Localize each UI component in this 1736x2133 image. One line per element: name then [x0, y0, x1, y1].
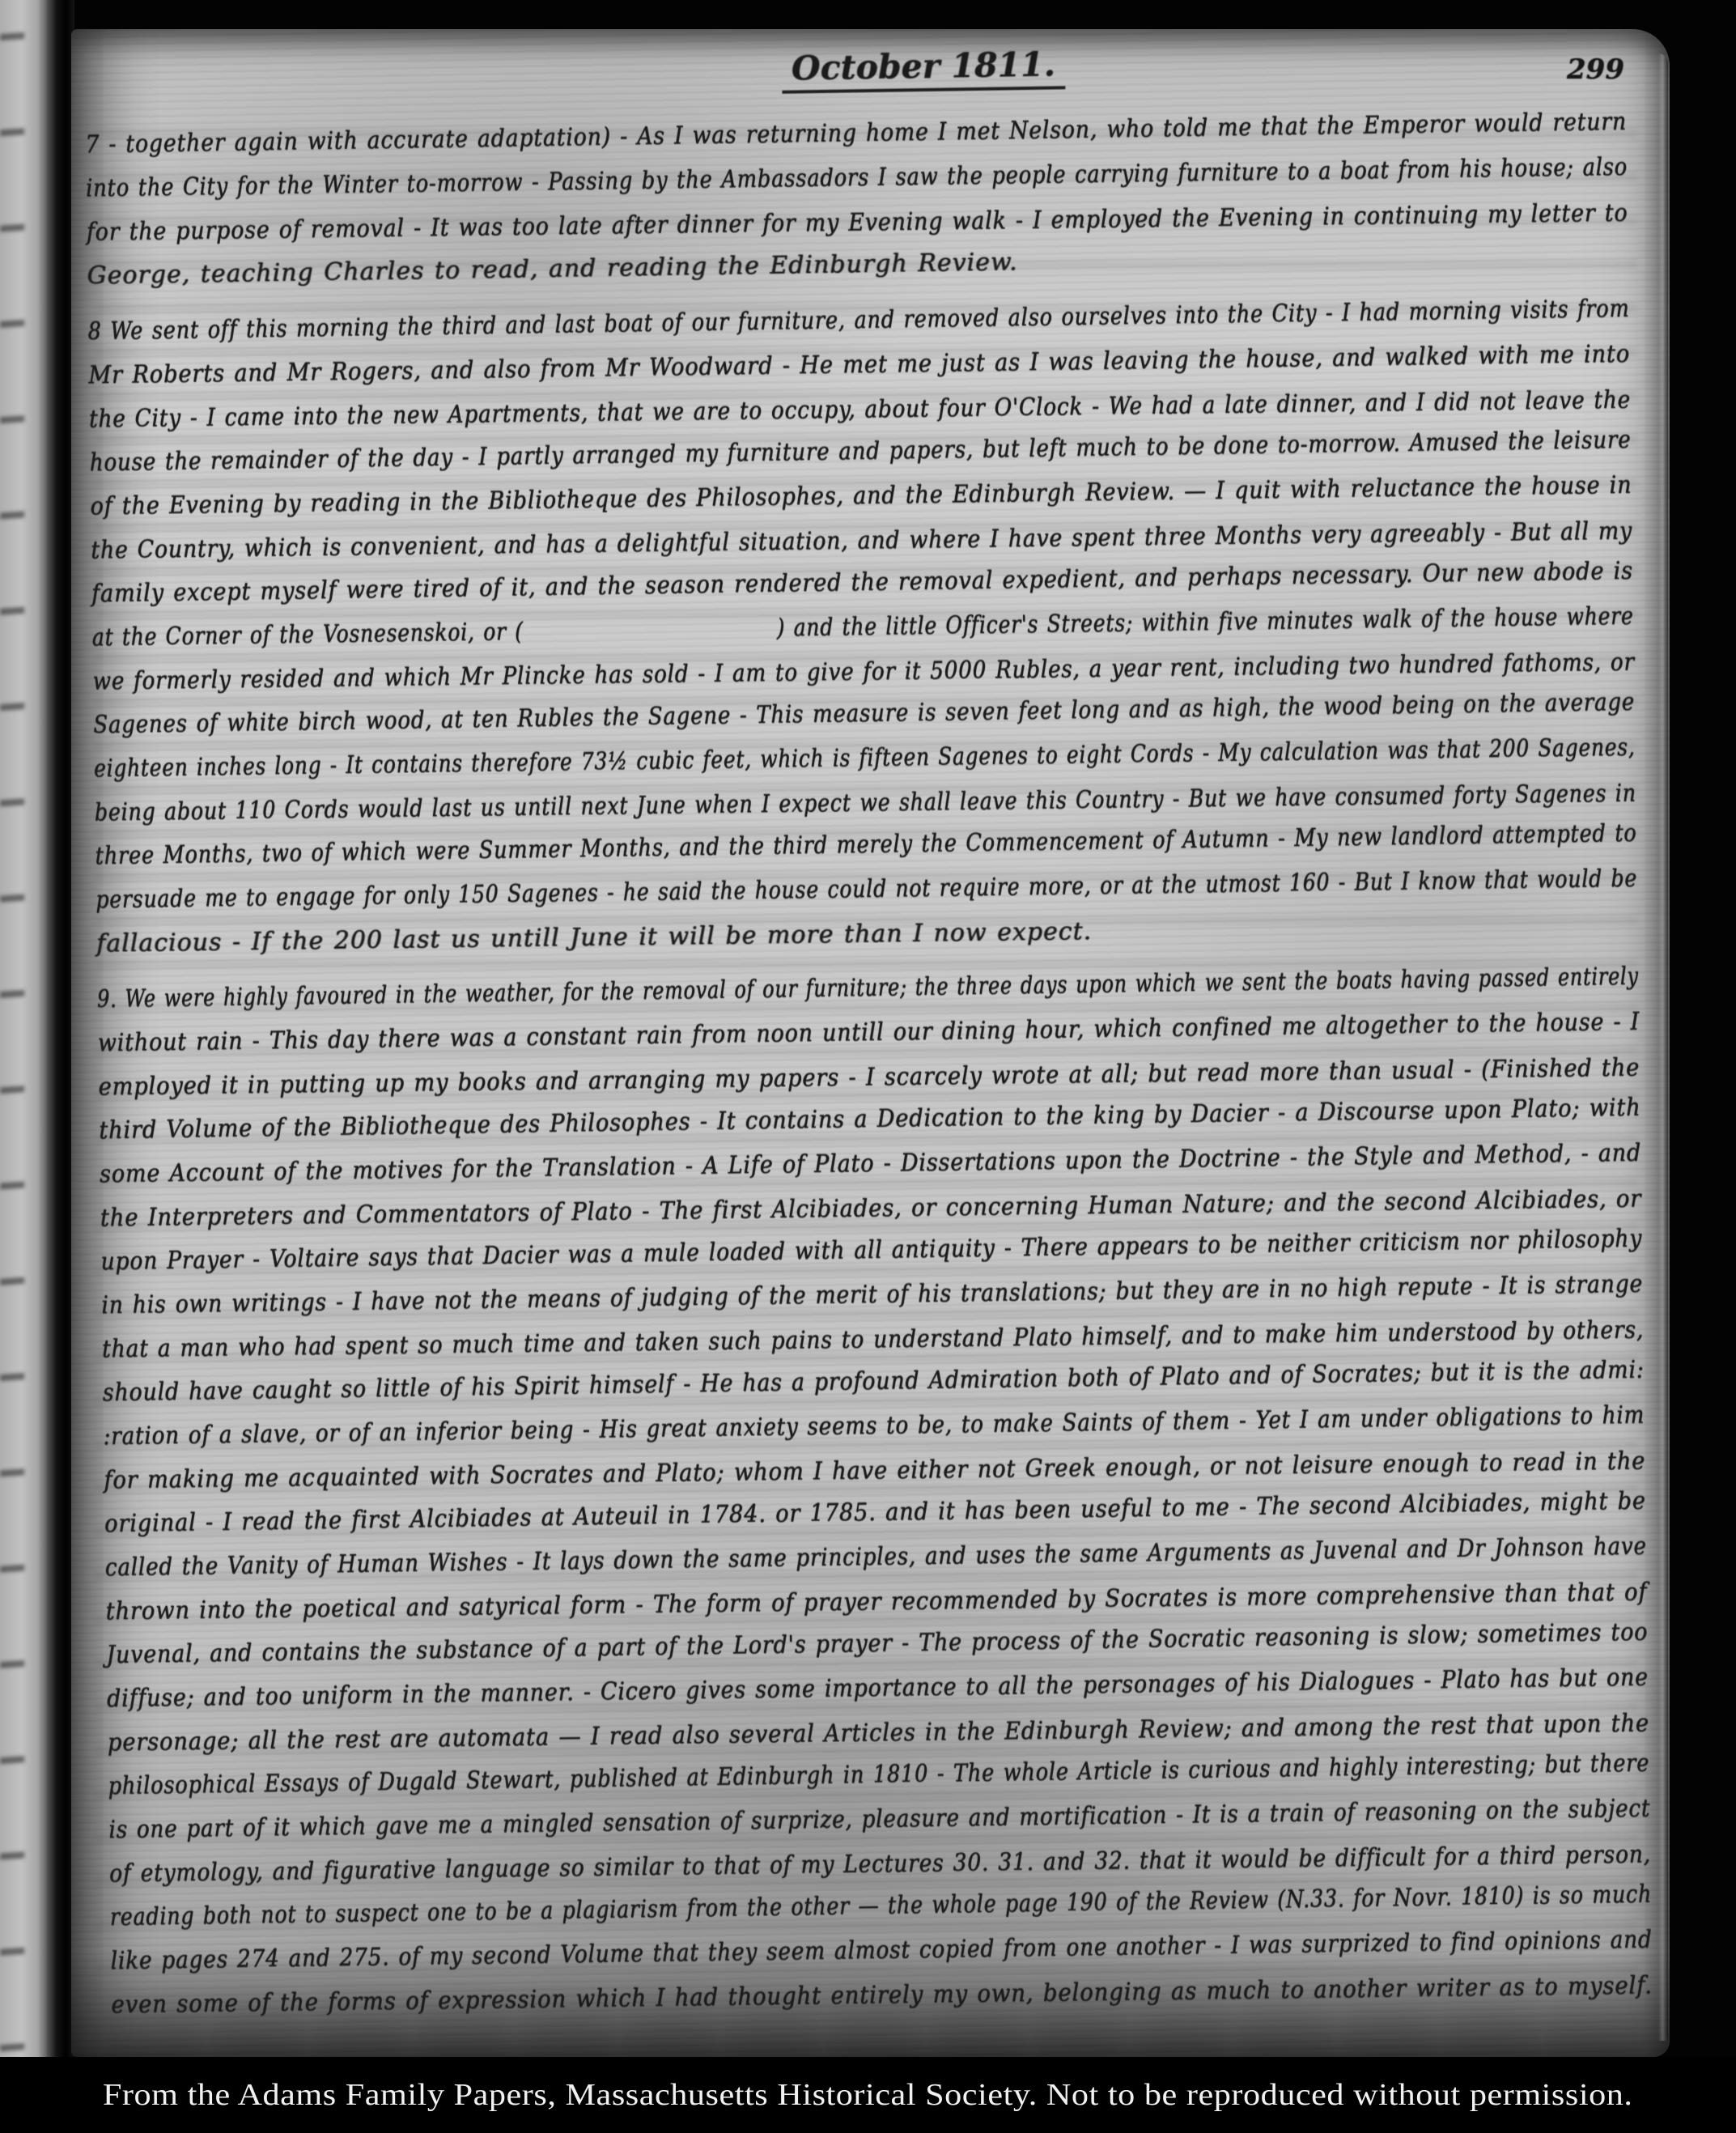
manuscript-photograph: October 1811. 299 7 - together again wit… [0, 0, 1736, 2133]
diary-entry: 8 We sent off this morning the third and… [87, 289, 1638, 967]
page-header-date: October 1811. [781, 45, 1065, 93]
archive-credit-bar: From the Adams Family Papers, Massachuse… [0, 2057, 1736, 2133]
diary-entry: 7 - together again with accurate adaptat… [85, 102, 1629, 299]
book-gutter-shadow [47, 0, 74, 2057]
archive-credit-text: From the Adams Family Papers, Massachuse… [103, 2077, 1633, 2113]
facing-page-edge [0, 0, 47, 2057]
page-header: October 1811. [71, 29, 1670, 91]
manuscript-text: 7 - together again with accurate adaptat… [85, 102, 1653, 2027]
page-number: 299 [1567, 53, 1624, 86]
diary-entry: 9. We were highly favoured in the weathe… [97, 957, 1653, 2027]
manuscript-page: October 1811. 299 7 - together again wit… [71, 29, 1670, 2057]
